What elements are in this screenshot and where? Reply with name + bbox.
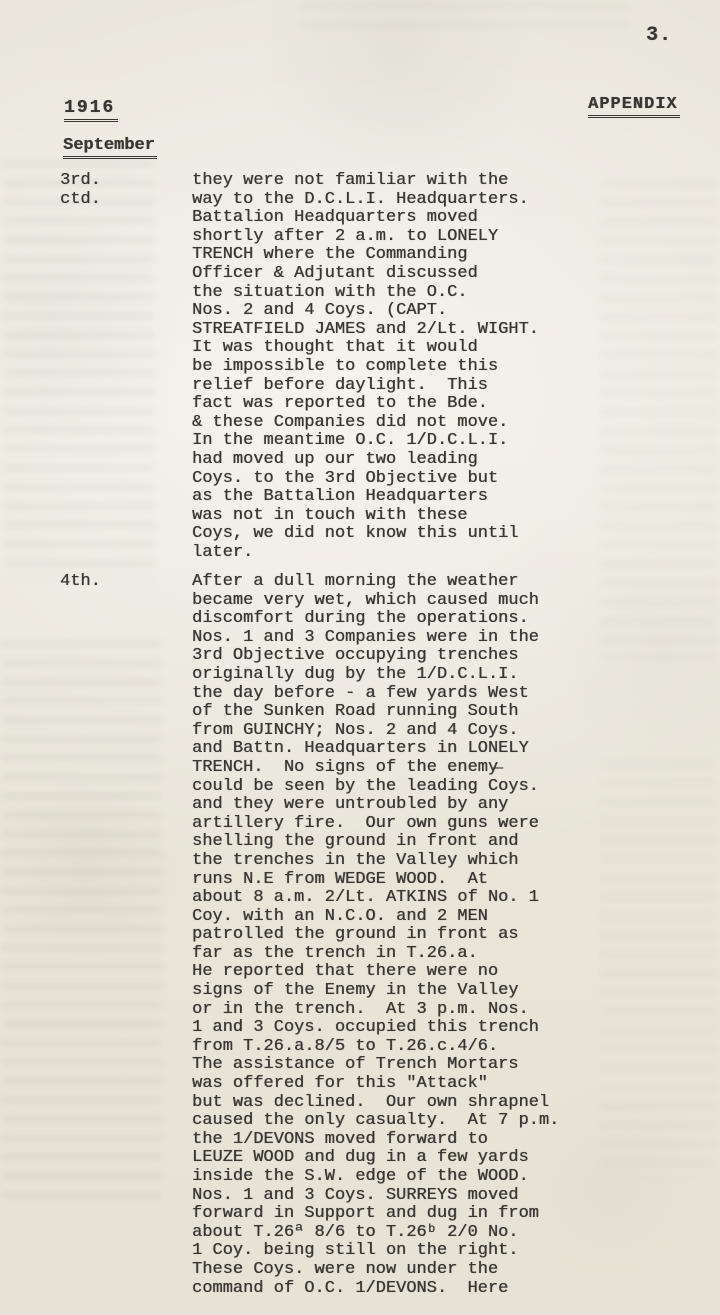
- appendix-heading: APPENDIX: [588, 95, 680, 118]
- bleed-through-stain: [4, 160, 154, 580]
- bleed-through-stain: [300, 2, 630, 32]
- scanned-diary-page: { "page": { "page_number": "3.", "year":…: [0, 0, 720, 1315]
- entry-date-3rd-ctd: 3rd. ctd.: [60, 172, 101, 209]
- month-heading: September: [63, 136, 157, 159]
- year-heading: 1916: [64, 98, 118, 122]
- entry-body-3rd: they were not familiar with the way to t…: [192, 172, 539, 562]
- bleed-through-stain: [2, 640, 162, 1200]
- page-number: 3.: [646, 24, 672, 47]
- entry-body-4th: After a dull morning the weather became …: [192, 573, 559, 1298]
- bleed-through-stain: [600, 180, 715, 660]
- bleed-through-stain: [600, 760, 715, 1180]
- entry-date-4th: 4th.: [60, 573, 101, 592]
